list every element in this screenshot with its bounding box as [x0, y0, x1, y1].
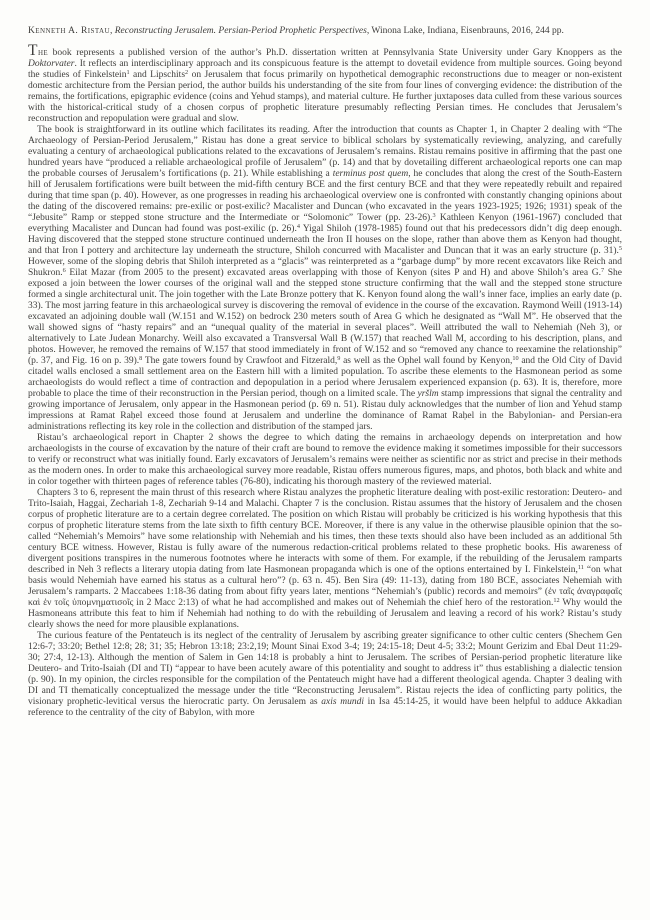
- paragraph-chapters3-6: Chapters 3 to 6, represent the main thru…: [28, 488, 622, 631]
- text-run: Doktorvater: [28, 59, 74, 69]
- text-run: The curious feature of the Pentateuch is…: [28, 631, 622, 707]
- text-run: 5: [619, 245, 622, 252]
- text-run: he: [38, 48, 48, 58]
- text-run: book represents a published version of t…: [48, 48, 622, 58]
- paragraph-pentateuch: The curious feature of the Pentateuch is…: [28, 631, 622, 719]
- text-run: Kenneth A. Ristau: [28, 26, 110, 36]
- text-run: She exposed a join between the lower cou…: [28, 268, 622, 366]
- text-run: and Lipschits: [130, 70, 185, 80]
- paragraph-chapter2-assessment: Ristau’s archaeological report in Chapte…: [28, 433, 622, 488]
- text-run: The gate towers found by Crawfoot and Fi…: [142, 356, 337, 366]
- text-run: Reconstructing Jerusalem. Persian-Period…: [115, 26, 367, 36]
- paragraph-intro: The book represents a published version …: [28, 45, 622, 125]
- citation-header: Kenneth A. Ristau, Reconstructing Jerusa…: [28, 26, 622, 37]
- text-run: yršlm: [418, 389, 439, 399]
- text-run: T: [28, 42, 38, 59]
- text-run: axis mundi: [321, 697, 364, 707]
- text-run: Chapters 3 to 6, represent the main thru…: [28, 488, 622, 575]
- book-review-page: Kenneth A. Ristau, Reconstructing Jerusa…: [0, 0, 650, 920]
- text-run: as well as the Ophel wall found by Kenyo…: [340, 356, 512, 366]
- text-run: Eilat Mazar (from 2005 to the present) e…: [66, 268, 601, 278]
- text-run: terminus post quem: [333, 169, 409, 179]
- text-run: , Winona Lake, Indiana, Eisenbrauns, 201…: [367, 26, 564, 36]
- text-run: Ristau’s archaeological report in Chapte…: [28, 433, 622, 487]
- paragraph-archaeology-survey: The book is straightforward in its outli…: [28, 125, 622, 433]
